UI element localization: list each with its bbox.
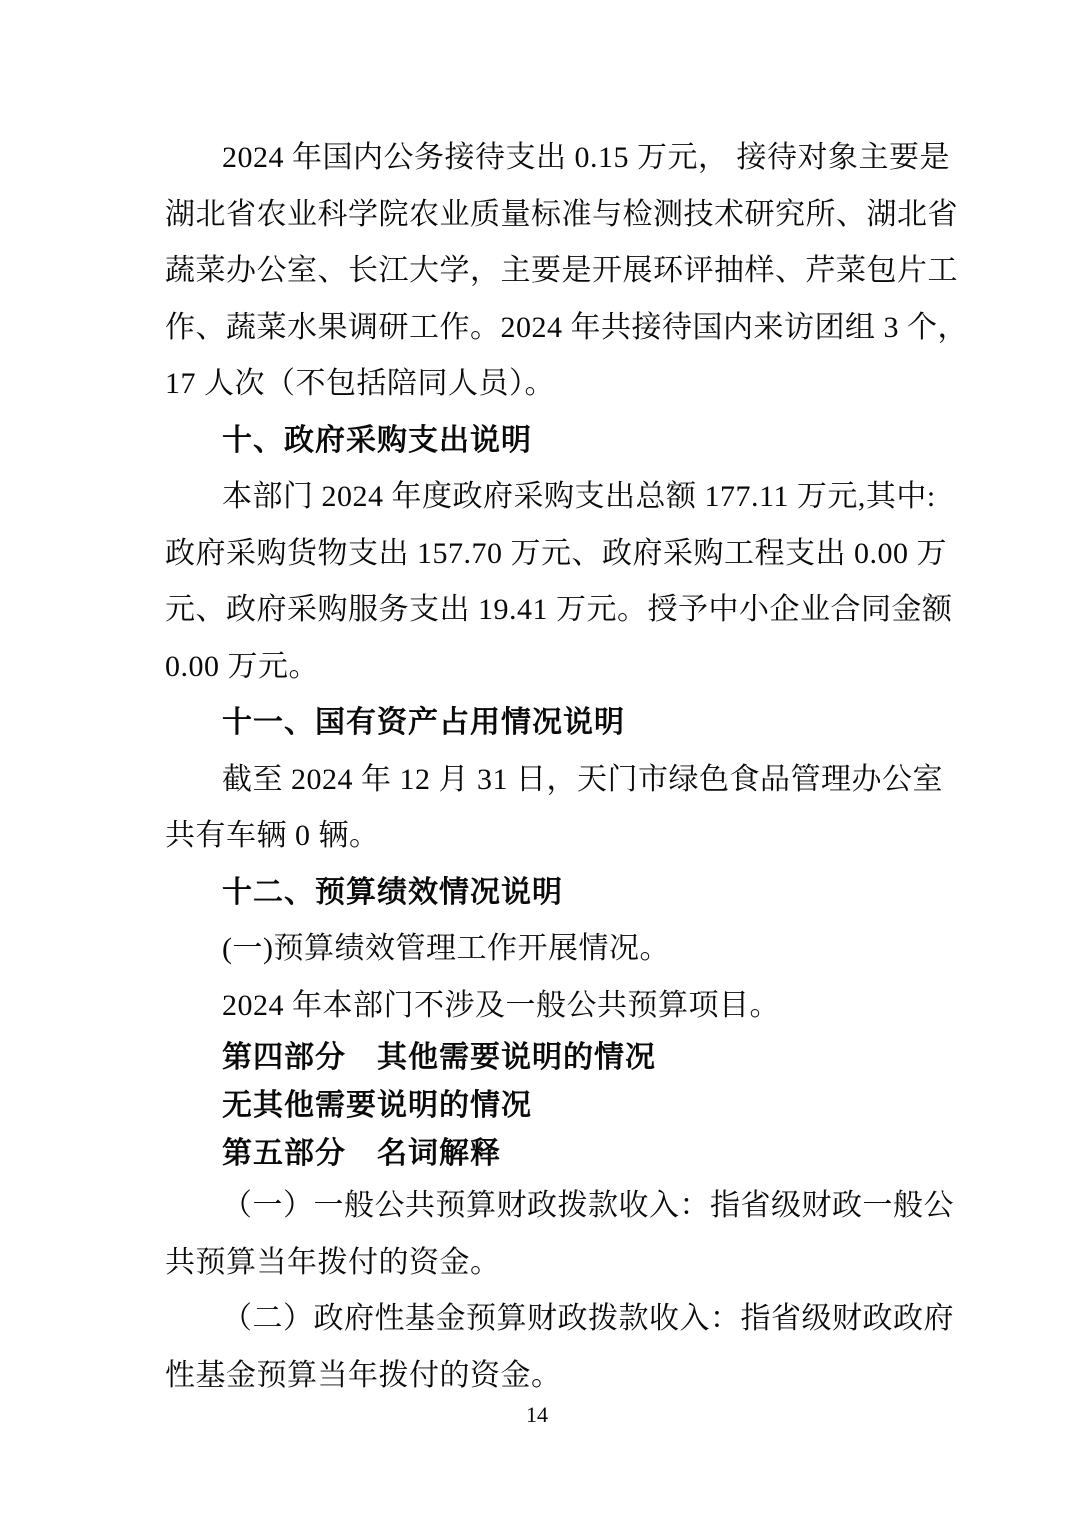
section-heading: 第五部分 名词解释 <box>165 1130 915 1178</box>
paragraph: (一)预算绩效管理工作开展情况。 <box>165 921 915 978</box>
document-page: 2024 年国内公务接待支出 0.15 万元， 接待对象主要是湖北省农业科学院农… <box>0 0 1074 1520</box>
text-line: 元、政府采购服务支出 19.41 万元。授予中小企业合同金额 <box>165 582 915 639</box>
text-line: 性基金预算当年拨付的资金。 <box>165 1348 915 1405</box>
text-line: （二）政府性基金预算财政拨款收入：指省级财政政府 <box>165 1291 915 1348</box>
section-heading: 十一、国有资产占用情况说明 <box>165 695 915 752</box>
text-line: 政府采购货物支出 157.70 万元、政府采购工程支出 0.00 万 <box>165 526 915 583</box>
document-content: 2024 年国内公务接待支出 0.15 万元， 接待对象主要是湖北省农业科学院农… <box>165 130 915 1404</box>
text-line: 本部门 2024 年度政府采购支出总额 177.11 万元,其中: <box>165 469 915 526</box>
section-heading: 无其他需要说明的情况 <box>165 1082 915 1130</box>
text-line: 2024 年国内公务接待支出 0.15 万元， 接待对象主要是 <box>165 130 915 187</box>
paragraph: （二）政府性基金预算财政拨款收入：指省级财政政府性基金预算当年拨付的资金。 <box>165 1291 915 1404</box>
text-line: 17 人次（不包括陪同人员）。 <box>165 356 915 413</box>
section-heading: 十二、预算绩效情况说明 <box>165 865 915 922</box>
text-line: 共预算当年拨付的资金。 <box>165 1235 915 1292</box>
text-line: 蔬菜办公室、长江大学，主要是开展环评抽样、芹菜包片工 <box>165 243 915 300</box>
page-number: 14 <box>0 1402 1074 1428</box>
text-line: (一)预算绩效管理工作开展情况。 <box>165 921 915 978</box>
text-line: 截至 2024 年 12 月 31 日，天门市绿色食品管理办公室 <box>165 752 915 809</box>
text-line: （一）一般公共预算财政拨款收入：指省级财政一般公 <box>165 1178 915 1235</box>
text-line: 0.00 万元。 <box>165 639 915 696</box>
section-heading: 第四部分 其他需要说明的情况 <box>165 1034 915 1082</box>
paragraph: 2024 年本部门不涉及一般公共预算项目。 <box>165 978 915 1035</box>
section-heading: 十、政府采购支出说明 <box>165 413 915 470</box>
text-line: 共有车辆 0 辆。 <box>165 808 915 865</box>
text-line: 作、蔬菜水果调研工作。2024 年共接待国内来访团组 3 个， <box>165 300 915 357</box>
text-line: 湖北省农业科学院农业质量标准与检测技术研究所、湖北省 <box>165 187 915 244</box>
text-line: 2024 年本部门不涉及一般公共预算项目。 <box>165 978 915 1035</box>
paragraph: 2024 年国内公务接待支出 0.15 万元， 接待对象主要是湖北省农业科学院农… <box>165 130 915 413</box>
paragraph: 截至 2024 年 12 月 31 日，天门市绿色食品管理办公室共有车辆 0 辆… <box>165 752 915 865</box>
paragraph: 本部门 2024 年度政府采购支出总额 177.11 万元,其中:政府采购货物支… <box>165 469 915 695</box>
paragraph: （一）一般公共预算财政拨款收入：指省级财政一般公共预算当年拨付的资金。 <box>165 1178 915 1291</box>
